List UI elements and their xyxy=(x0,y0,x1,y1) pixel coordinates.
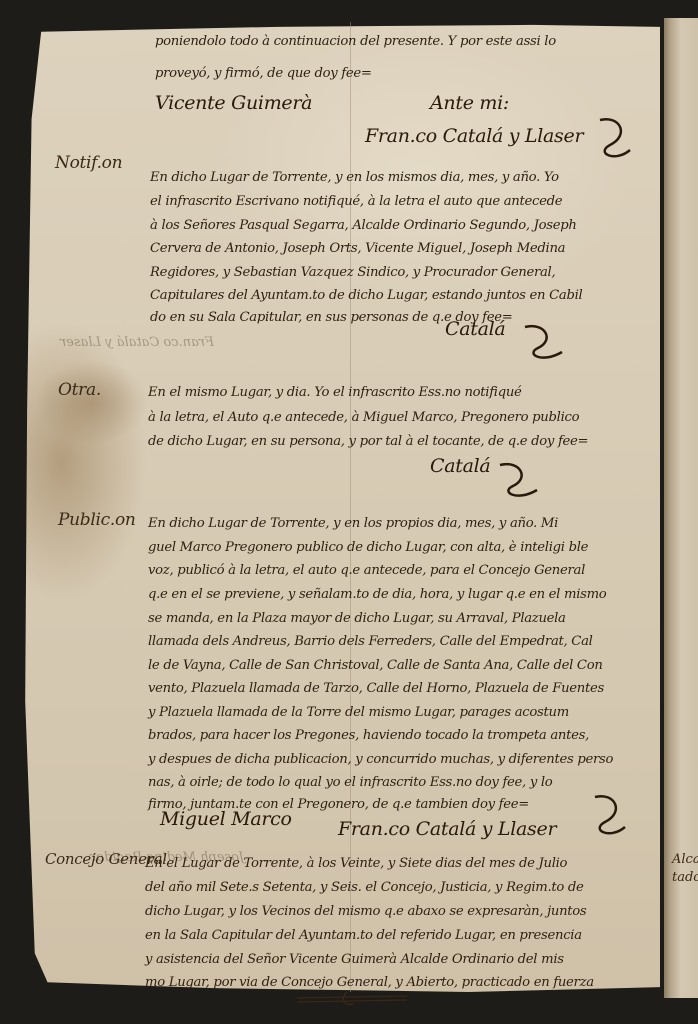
body-line: En el Lugar de Torrente, à los Veinte, y… xyxy=(145,856,567,871)
manuscript-scan: Alca tado Fran.co Catalá y Llaser Joseph… xyxy=(0,0,698,1024)
body-line: Capitulares del Ayuntam.to de dicho Luga… xyxy=(150,288,582,303)
body-line: voz, publicó à la letra, el auto q.e ant… xyxy=(148,563,585,578)
body-line: y despues de dicha publicacion, y concur… xyxy=(148,752,613,767)
body-line: le de Vayna, Calle de San Christoval, Ca… xyxy=(148,658,603,673)
rubric-flourish-icon xyxy=(585,792,635,842)
body-line: poniendolo todo à continuacion del prese… xyxy=(155,34,556,49)
body-line: à la letra, el Auto q.e antecede, à Migu… xyxy=(148,410,579,425)
signature-catala-llaser: Fran.co Catalá y Llaser xyxy=(338,818,556,840)
signature-catala: Catalá xyxy=(445,318,505,340)
body-line: En dicho Lugar de Torrente, y en los pro… xyxy=(148,516,558,531)
body-line: En el mismo Lugar, y dia. Yo el infrascr… xyxy=(148,385,522,400)
rubric-flourish-icon xyxy=(590,115,640,165)
body-line: nas, à oirle; de todo lo qual yo el infr… xyxy=(148,775,552,790)
body-line: q.e en el se previene, y señalam.to de d… xyxy=(148,587,606,602)
adjacent-page-edge xyxy=(664,18,698,998)
body-line: y Plazuela llamada de la Torre del mismo… xyxy=(148,705,569,720)
page-end-rule-icon xyxy=(295,990,410,1010)
body-line: del año mil Sete.s Setenta, y Seis. el C… xyxy=(145,880,584,895)
body-line: y asistencia del Señor Vicente Guimerà A… xyxy=(145,952,564,967)
body-line: En dicho Lugar de Torrente, y en los mis… xyxy=(150,170,559,185)
body-line: proveyó, y firmó, de que doy fee= xyxy=(155,66,372,81)
adjacent-page-fragment: Alca xyxy=(672,852,698,867)
body-line: mo Lugar, por via de Concejo General, y … xyxy=(145,975,594,990)
rubric-flourish-icon xyxy=(520,322,570,367)
margin-label: Notif.on xyxy=(55,153,122,173)
body-line: dicho Lugar, y los Vecinos del mismo q.e… xyxy=(145,904,586,919)
ante-mi-label: Ante mi: xyxy=(430,92,509,114)
signature-catala: Catalá xyxy=(430,455,490,477)
body-line: guel Marco Pregonero publico de dicho Lu… xyxy=(148,540,588,555)
body-line: à los Señores Pasqual Segarra, Alcalde O… xyxy=(150,218,577,233)
body-line: vento, Plazuela llamada de Tarzo, Calle … xyxy=(148,681,604,696)
rubric-flourish-icon xyxy=(495,460,545,505)
body-line: de dicho Lugar, en su persona, y por tal… xyxy=(148,434,588,449)
body-line: llamada dels Andreus, Barrio dels Ferred… xyxy=(148,634,593,649)
signature-vicente-guimera: Vicente Guimerà xyxy=(155,92,312,114)
body-line: Regidores, y Sebastian Vazquez Sindico, … xyxy=(150,265,555,280)
body-line: brados, para hacer los Pregones, haviend… xyxy=(148,728,589,743)
body-line: en la Sala Capitular del Ayuntam.to del … xyxy=(145,928,582,943)
adjacent-page-fragment: tado xyxy=(672,870,698,885)
bleed-through-text: Fran.co Catalá y Llaser xyxy=(60,335,214,350)
margin-label: Public.on xyxy=(58,510,136,530)
signature-miguel-marco: Miguel Marco xyxy=(160,808,292,830)
signature-catala-llaser: Fran.co Catalá y Llaser xyxy=(365,125,583,147)
margin-label: Otra. xyxy=(58,380,101,400)
fold-crease xyxy=(350,22,351,992)
body-line: se manda, en la Plaza mayor de dicho Lug… xyxy=(148,611,566,626)
body-line: Cervera de Antonio, Joseph Orts, Vicente… xyxy=(150,241,565,256)
body-line: el infrascrito Escrivano notifiqué, à la… xyxy=(150,194,562,209)
